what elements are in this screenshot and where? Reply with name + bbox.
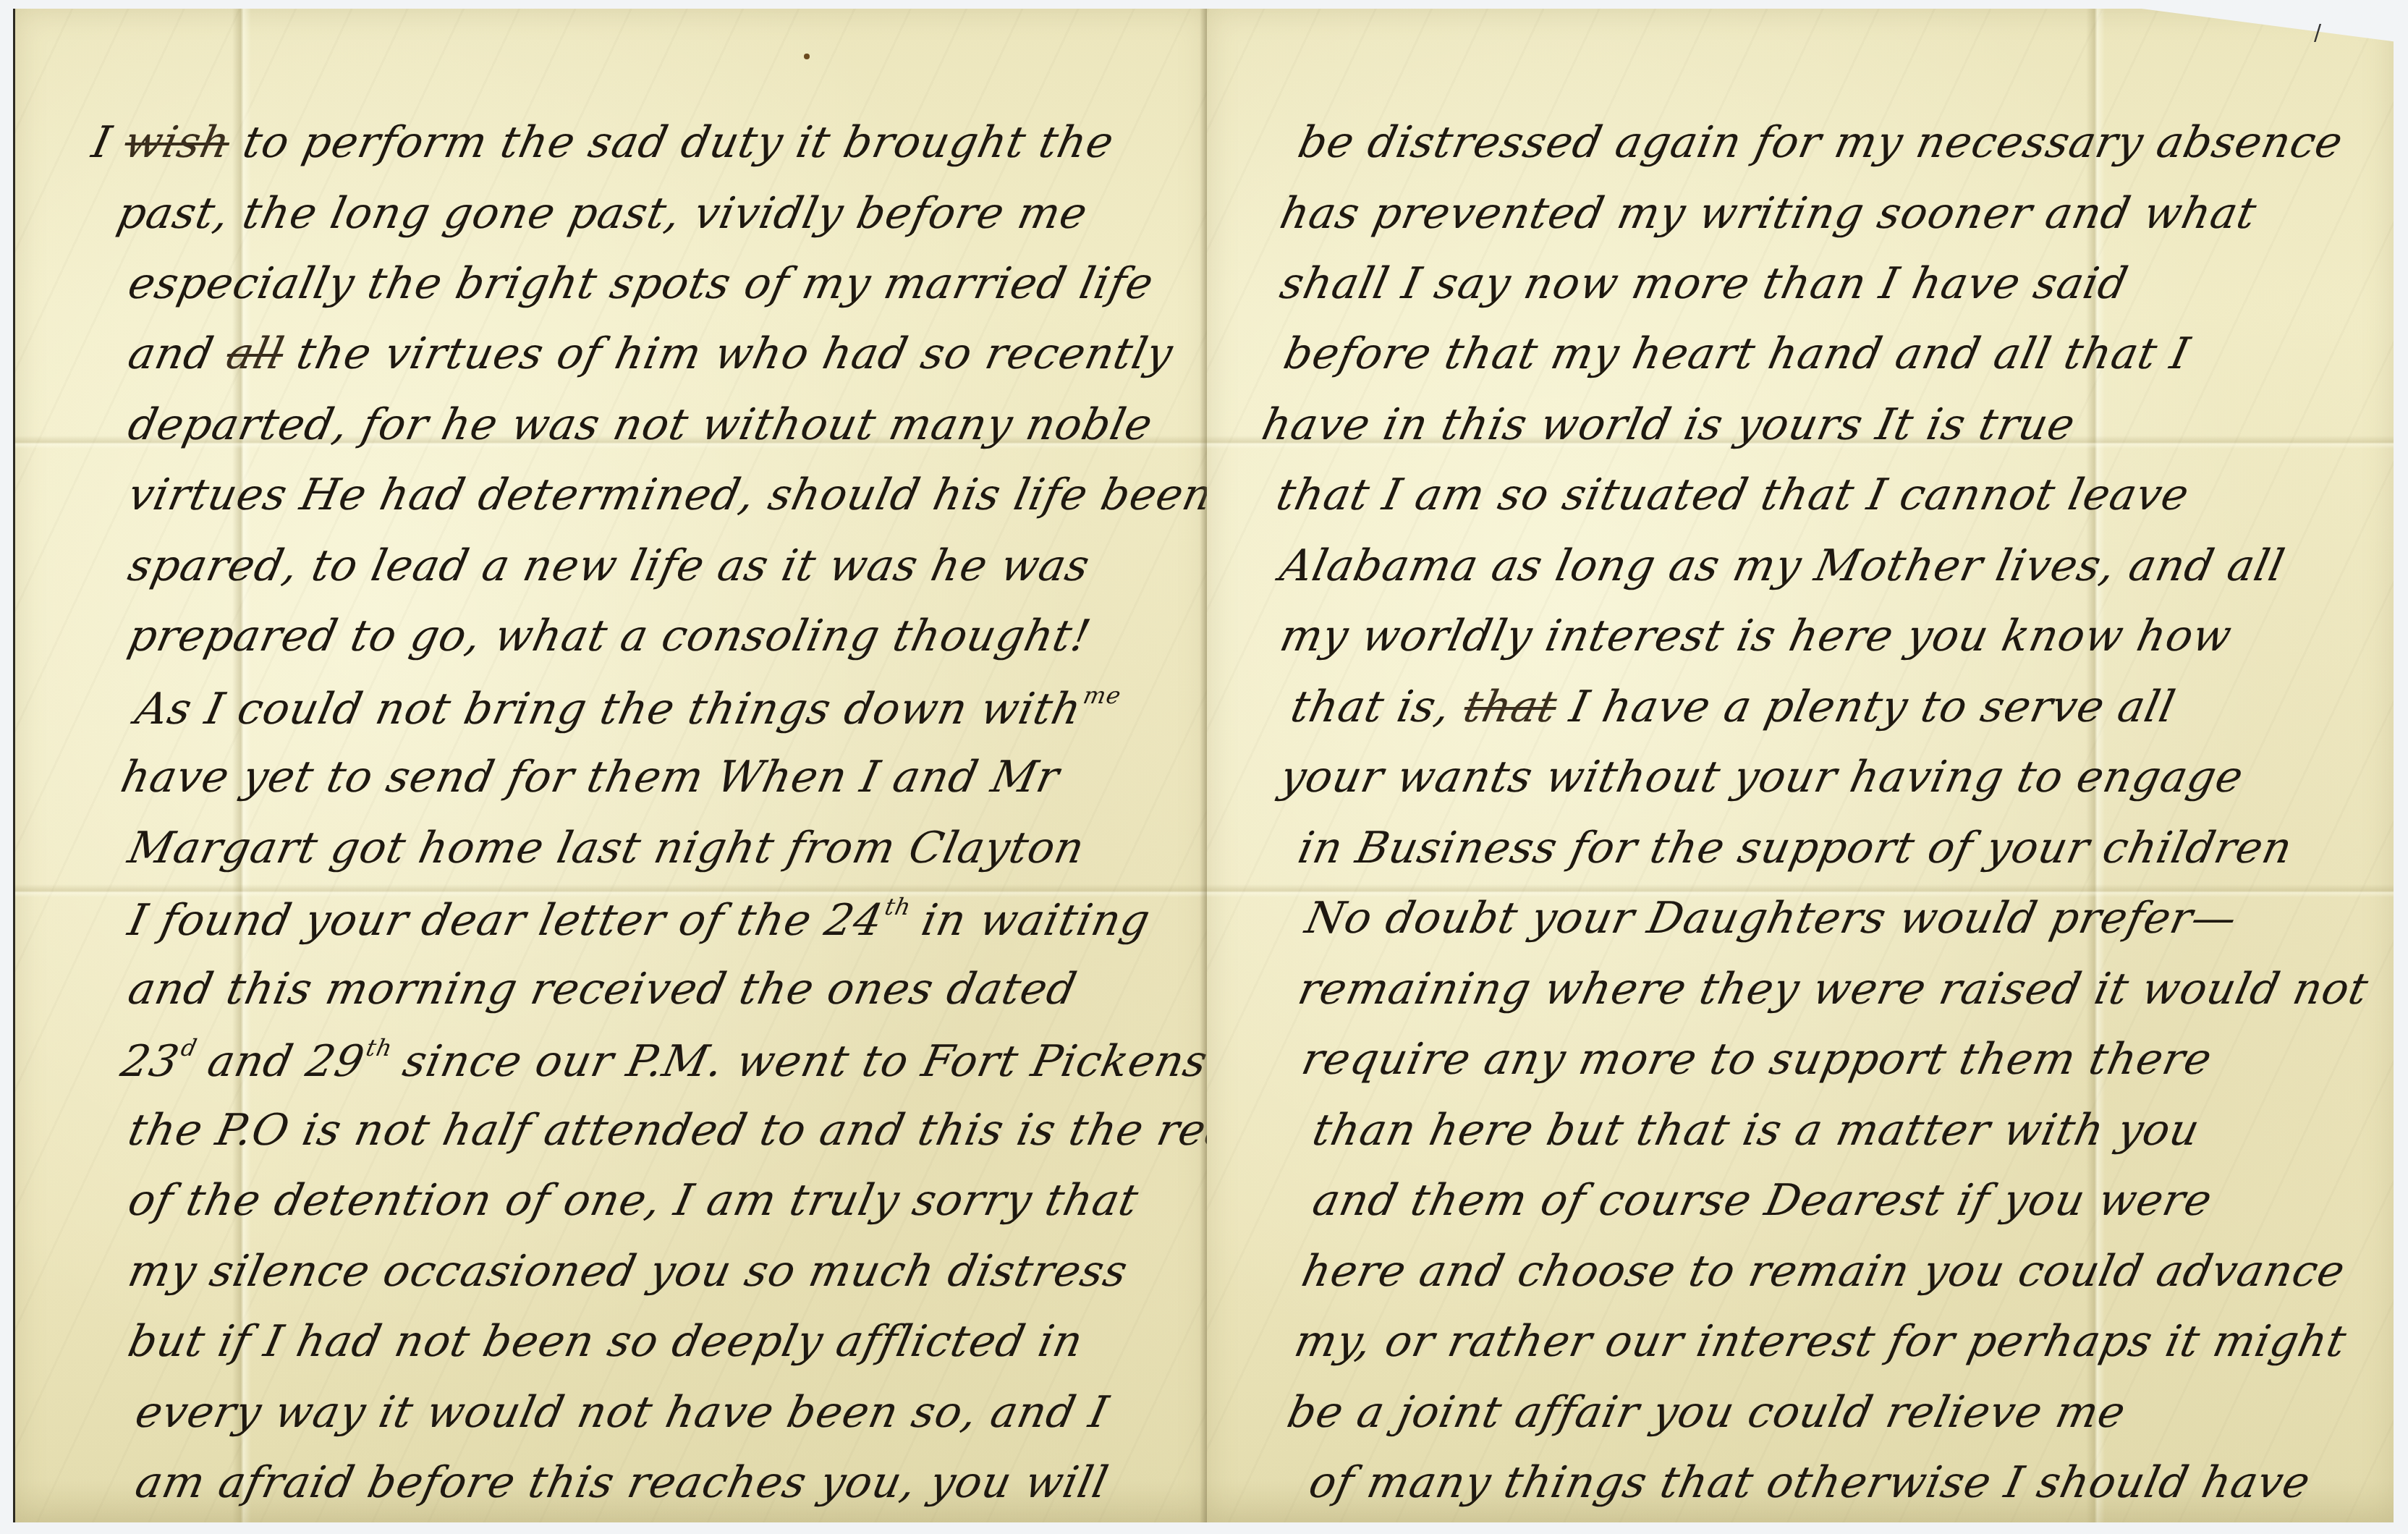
text-line: virtues He had determined, should his li… xyxy=(124,470,1217,520)
text-line: 23d and 29th since our P.M. went to Fort… xyxy=(116,1034,1213,1087)
text-line: has prevented my writing sooner and what xyxy=(1276,188,2261,239)
text-line: remaining where they were raised it woul… xyxy=(1294,964,2373,1014)
text-line: than here but that is a matter with you xyxy=(1308,1105,2205,1156)
text-line: As I could not bring the things down wit… xyxy=(131,682,1124,734)
text-line: before that my heart hand and all that I xyxy=(1279,329,2195,379)
text-line: departed, for he was not without many no… xyxy=(124,399,1157,450)
text-line: and this morning received the ones dated xyxy=(124,964,1081,1014)
text-line: my, or rather our interest for perhaps i… xyxy=(1290,1316,2351,1367)
page-marker: / xyxy=(2314,20,2321,46)
text-line: spared, to lead a new life as it was he … xyxy=(124,541,1095,591)
text-line: be a joint affair you could relieve me xyxy=(1283,1387,2130,1438)
text-line: require any more to support them there xyxy=(1297,1034,2216,1085)
text-line: of many things that otherwise I should h… xyxy=(1305,1457,2315,1508)
text-line: Margart got home last night from Clayton xyxy=(124,823,1089,873)
text-line: my silence occasioned you so much distre… xyxy=(124,1246,1132,1297)
text-line: and them of course Dearest if you were xyxy=(1308,1175,2217,1226)
text-line: Alabama as long as my Mother lives, and … xyxy=(1276,541,2289,591)
text-line: that is, that I have a plenty to serve a… xyxy=(1286,682,2180,732)
text-line: prepared to go, what a consoling thought… xyxy=(124,611,1095,661)
text-line: but if I had not been so deeply afflicte… xyxy=(124,1316,1088,1367)
text-line: have in this world is yours It is true xyxy=(1258,399,2080,450)
text-line: of the detention of one, I am truly sorr… xyxy=(124,1175,1143,1226)
text-line: that I am so situated that I cannot leav… xyxy=(1272,470,2194,520)
text-line: I wish to perform the sad duty it brough… xyxy=(88,117,1119,168)
folded-corner xyxy=(2075,0,2408,43)
text-line: am afraid before this reaches you, you w… xyxy=(131,1457,1113,1508)
text-line: every way it would not have been so, and… xyxy=(131,1387,1113,1438)
text-line: in Business for the support of your chil… xyxy=(1294,823,2297,873)
text-line: your wants without your having to engage xyxy=(1276,752,2248,802)
left-page: I wish to perform the sad duty it brough… xyxy=(13,9,1209,1522)
text-line: especially the bright spots of my marrie… xyxy=(124,258,1158,309)
struck-word: wish xyxy=(120,117,235,168)
superscript: me xyxy=(1081,682,1124,709)
text-line: here and choose to remain you could adva… xyxy=(1297,1246,2350,1297)
text-line: have yet to send for them When I and Mr xyxy=(116,752,1064,802)
text-line: I found your dear letter of the 24th in … xyxy=(124,893,1156,946)
letter-scan: I wish to perform the sad duty it brough… xyxy=(0,0,2408,1534)
text-line: my worldly interest is here you know how xyxy=(1276,611,2237,661)
ink-spot xyxy=(804,54,810,59)
struck-word: that xyxy=(1459,682,1562,732)
text-line: No doubt your Daughters would prefer— xyxy=(1301,893,2242,944)
text-line: past, the long gone past, vividly before… xyxy=(113,188,1093,239)
text-line: the P.O is not half attended to and this… xyxy=(124,1105,1316,1156)
text-line: be distressed again for my necessary abs… xyxy=(1294,117,2347,168)
text-line: shall I say now more than I have said xyxy=(1276,258,2132,309)
text-line: and all the virtues of him who had so re… xyxy=(124,329,1178,379)
right-page: be distressed again for my necessary abs… xyxy=(1207,9,2394,1522)
